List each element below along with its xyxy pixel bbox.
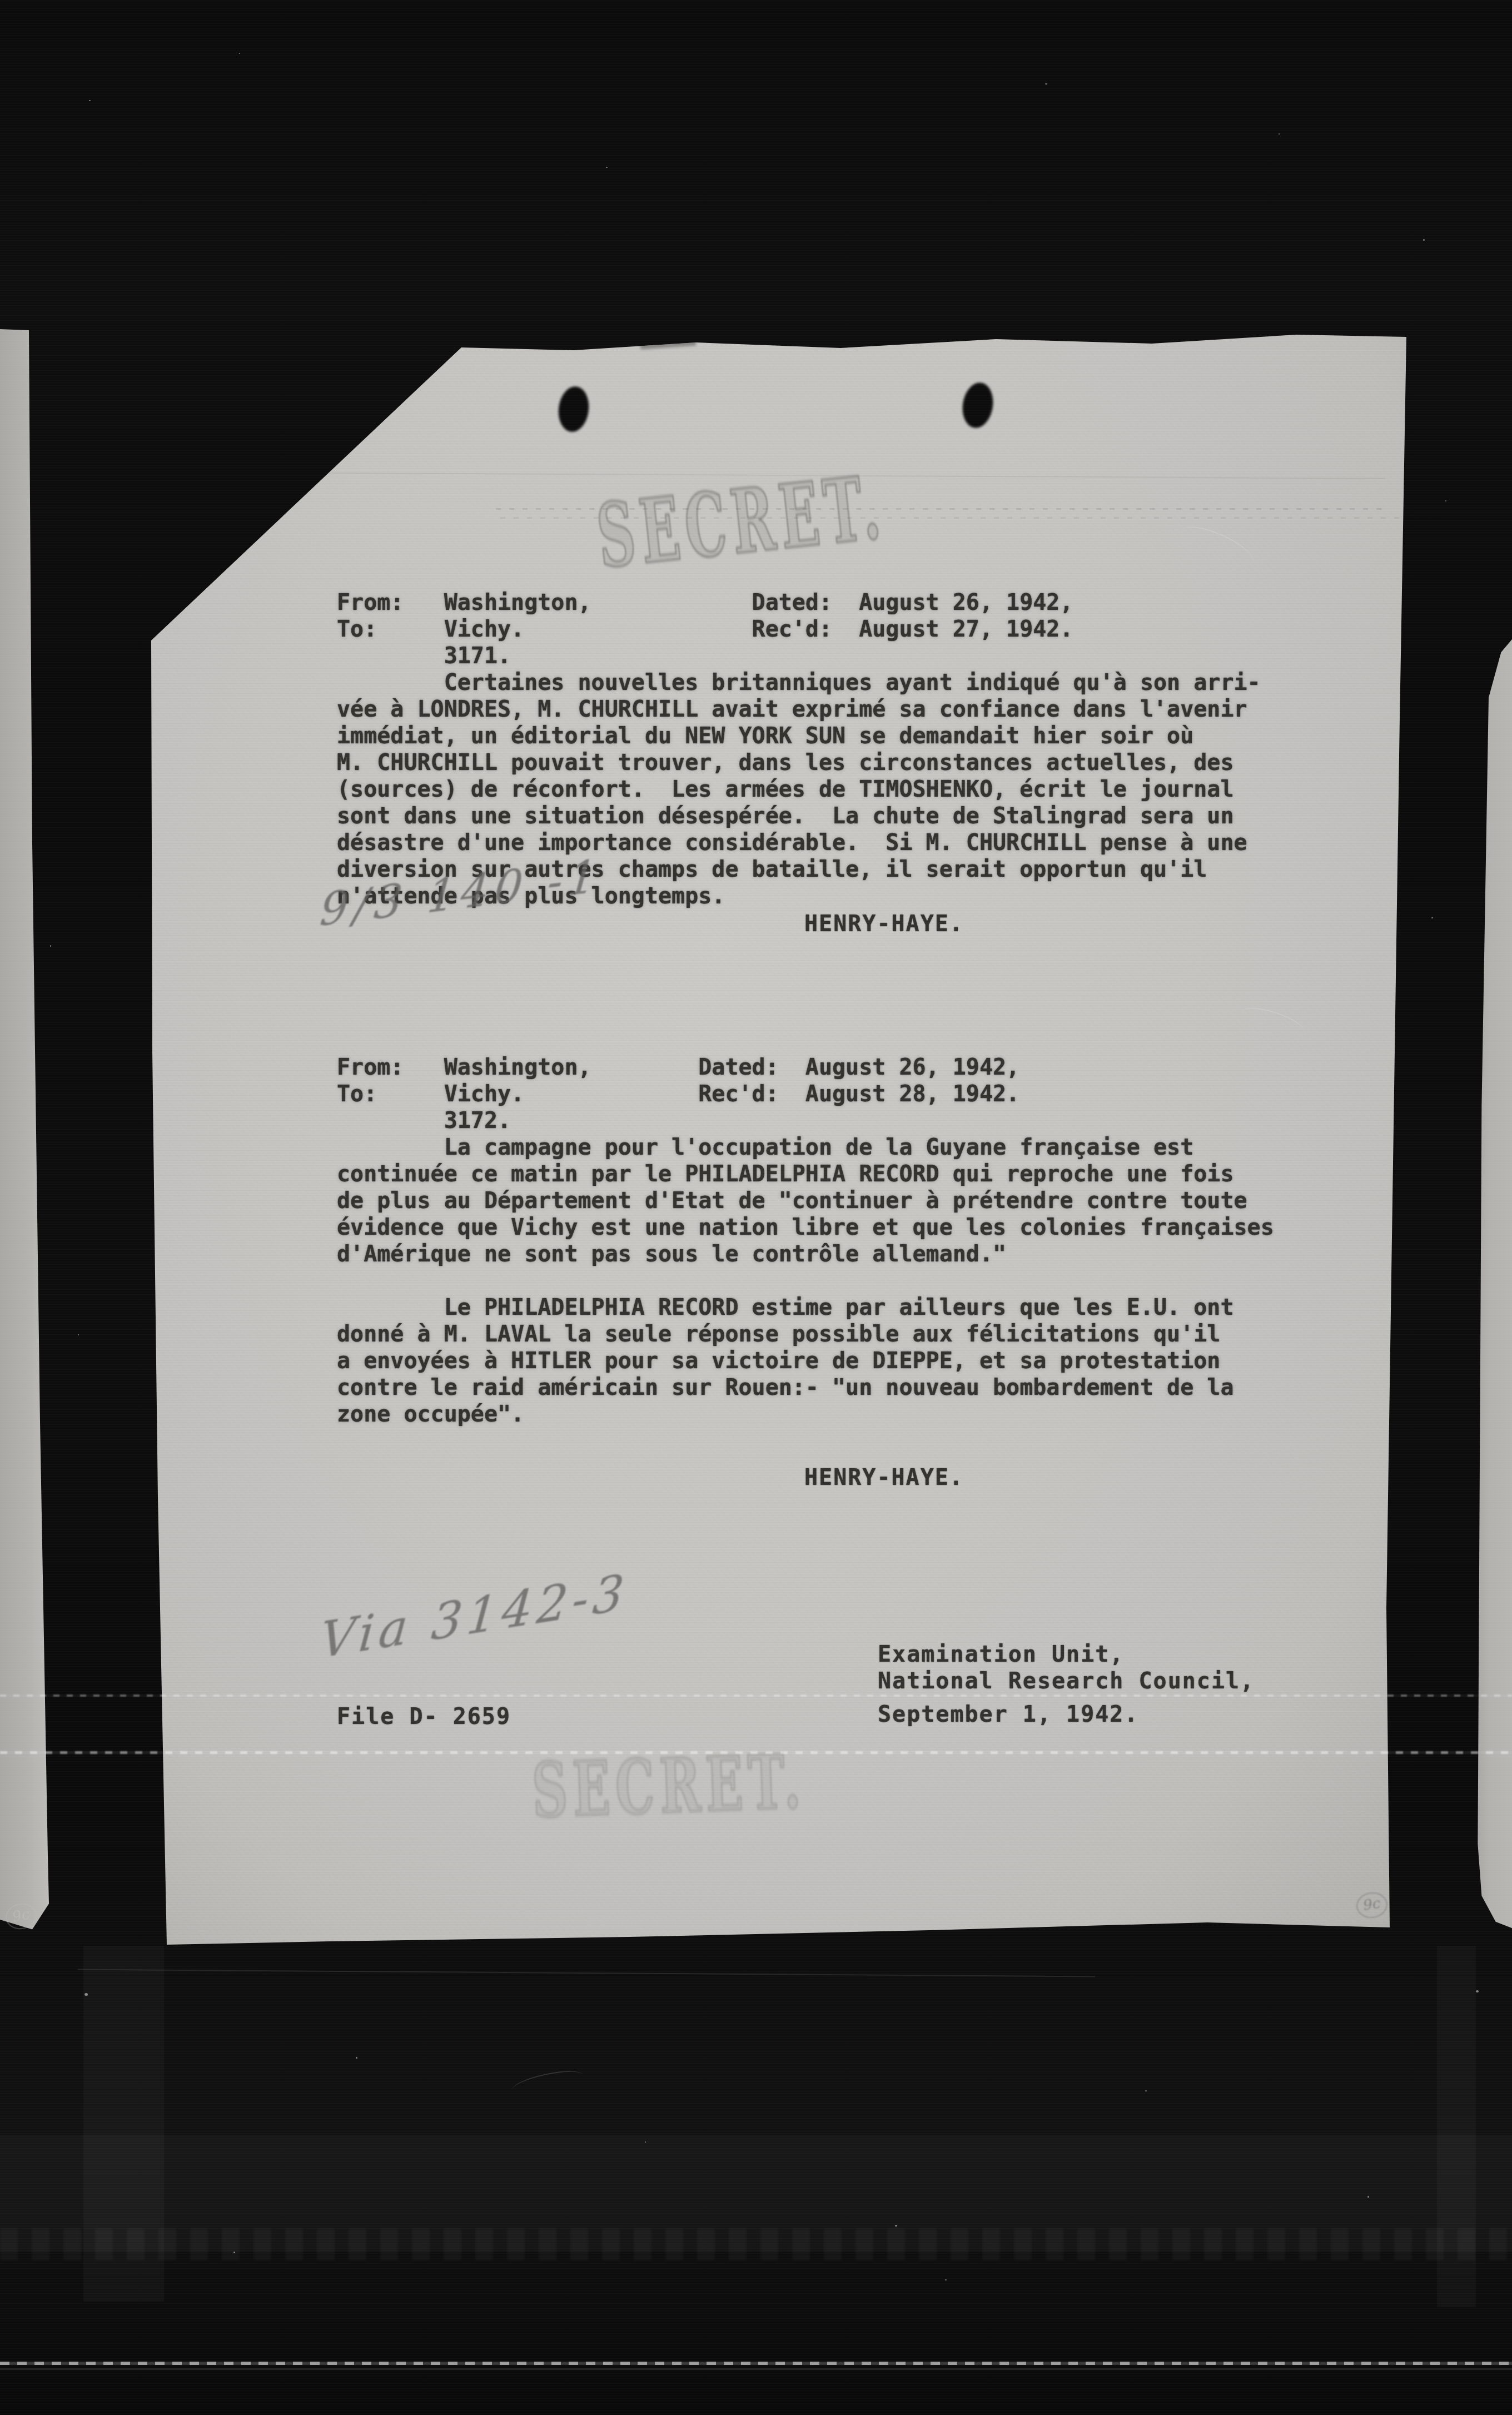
- document-page: SECRET. From: Washington, Dated: August …: [151, 329, 1407, 1958]
- hair-scratch-3: [510, 2066, 585, 2099]
- punch-hole-left: [556, 385, 591, 434]
- film-frame-edge-line: [0, 2362, 1512, 2365]
- issuer-date: September 1, 1942.: [878, 1701, 1138, 1728]
- secret-stamp-top: SECRET.: [593, 456, 891, 588]
- microfilm-frame: SECRET. From: Washington, Dated: August …: [0, 0, 1512, 2415]
- film-vertical-band-left: [83, 1946, 164, 2302]
- file-number: File D- 2659: [337, 1703, 511, 1730]
- film-frame-edge-echo: [0, 2368, 1512, 2370]
- dotted-scratch-line: [500, 517, 1445, 519]
- issuer-unit: Examination Unit,: [878, 1641, 1124, 1668]
- pencil-smudge: [640, 341, 696, 350]
- film-streak-lower: [0, 1751, 1512, 1754]
- scratch-below-document: [78, 1969, 1095, 1977]
- film-vertical-band-right: [1437, 1946, 1476, 2307]
- frame-mark-left: 9c: [3, 1901, 39, 1932]
- adjacent-page-right-edge: [1473, 639, 1512, 1935]
- film-mottled-band: [0, 2228, 1512, 2260]
- message-1-signature: HENRY-HAYE.: [804, 911, 964, 937]
- message-2-text: From: Washington, Dated: August 26, 1942…: [337, 1054, 1274, 1428]
- message-2-signature: HENRY-HAYE.: [804, 1464, 964, 1491]
- film-streak-upper: [0, 1695, 1512, 1697]
- message-1-text: From: Washington, Dated: August 26, 1942…: [337, 589, 1261, 910]
- punch-hole-right: [959, 380, 996, 430]
- issuer-organization: National Research Council,: [878, 1668, 1255, 1695]
- frame-mark-right: 9c: [1355, 1890, 1389, 1920]
- pencil-note-bottom: Via 3142-3: [318, 1562, 631, 1669]
